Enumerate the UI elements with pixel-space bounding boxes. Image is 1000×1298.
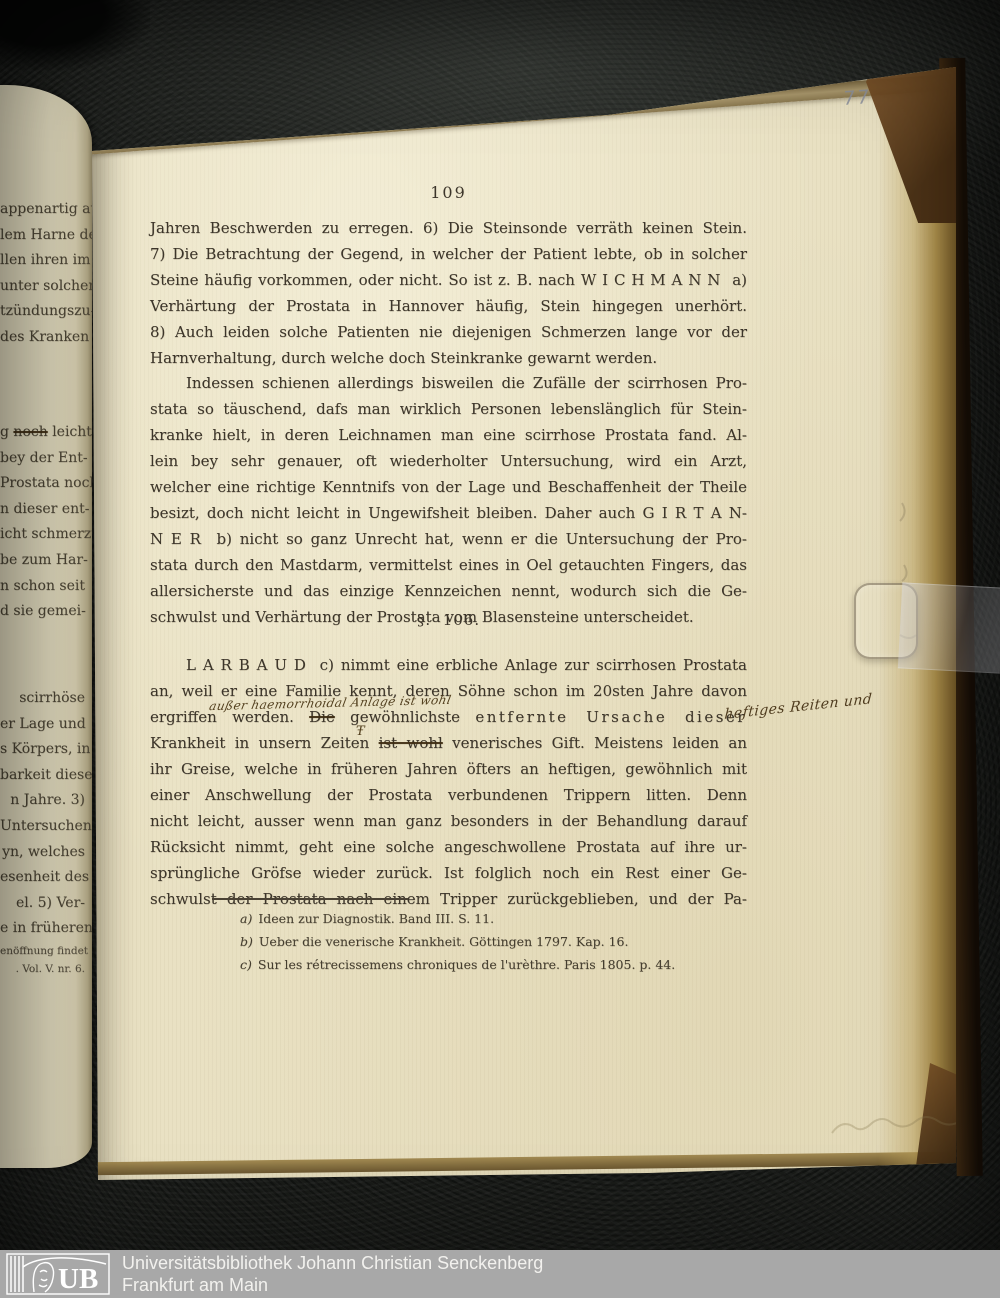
section-heading: §. 106. [150,611,747,629]
text-line: L A R B A U D c) nimmt eine erbliche Anl… [150,652,747,678]
banner-title: Universitätsbibliothek Johann Christian … [122,1252,543,1274]
footnote-marker: b) [240,934,259,949]
text-line: Indessen schienen allerdings bisweilen d… [150,370,747,396]
text-line: N E R b) nicht so ganz Unrecht hat, wenn… [150,526,747,552]
text-line: Steine häufig vorkommen, oder nicht. So … [150,267,747,293]
library-banner: UB Universitätsbibliothek Johann Christi… [0,1250,1000,1298]
line-segment: Krankheit in unsern Zeiten [150,734,369,752]
facing-page-fragment-group: g noch leicht bey der Ent- Prostata noch… [0,420,92,625]
facing-page-footnote-fragment: enöffnung findet . Vol. V. nr. 6. [0,943,92,978]
text-fragment: n Jahre. 3) [0,788,92,814]
text-fragment: n schon seit [0,574,92,600]
page-top-edge [83,72,974,155]
text-fragment: er Lage und [0,712,92,738]
text-fragment: esenheit des [0,865,92,891]
paragraph: Jahren Beschwerden zu erregen. 6) Die St… [150,215,747,371]
text-fragment-with-strike: g noch leicht [0,420,92,446]
text-line-with-annotation: außer haemorrhoidal Anlage ist wohl ergr… [150,704,747,730]
struck-word: ist wohl [379,734,443,752]
facing-page-edge: appenartig auf lem Harne den llen ihren … [0,85,92,1168]
goethe-portrait-icon [33,1263,53,1292]
text-fragment: s Körpers, in [0,737,92,763]
text-line: 7) Die Betrachtung der Gegend, in welche… [150,241,747,267]
ub-logo-icon: UB [6,1253,112,1295]
text-fragment: unter solchen [0,274,92,300]
footnote-rule [212,898,408,900]
text-fragment: lem Harne den [0,223,92,249]
text-fragment: appenartig auf [0,197,92,223]
text-fragment: tzündungszu- [0,299,92,325]
text-fragment: e in früheren [0,916,92,942]
footnote-marker: a) [240,911,258,926]
footnote-text: Sur les rétrecissemens chroniques de l'u… [258,957,675,972]
text-line: ihr Greise, welche in früheren Jahren öf… [150,756,747,782]
text-line: Verhärtung der Prostata in Hannover häuf… [150,293,747,319]
text-fragment: enöffnung findet [0,943,92,961]
line-segment: venerisches Gift. Meistens leiden an [452,734,747,752]
book-scan-photo: appenartig auf lem Harne den llen ihren … [0,0,1000,1298]
fragment-part: leicht [52,424,92,440]
text-fragment: n dieser ent- [0,497,92,523]
paragraph: Indessen schienen allerdings bisweilen d… [150,370,747,630]
text-fragment: d sie gemei- [0,599,92,625]
footnote-text: Ideen zur Diagnostik. Band III. S. 11. [258,911,494,926]
text-fragment: llen ihren im [0,248,92,274]
text-fragment: Prostata noch [0,471,92,497]
text-fragment: icht schmerzt, [0,522,92,548]
text-line: nicht leicht, ausser wenn man ganz beson… [150,808,747,834]
text-fragment: . Vol. V. nr. 6. [0,961,92,979]
text-fragment: Untersuchen [0,814,92,840]
text-line: besizt, doch nicht leicht in Ungewifshei… [150,500,747,526]
text-line: welcher eine richtige Kenntnifs von der … [150,474,747,500]
text-fragment: barkeit dieser [0,763,92,789]
text-line: 8) Auch leiden solche Patienten nie diej… [150,319,747,345]
paragraph: L A R B A U D c) nimmt eine erbliche Anl… [150,652,747,912]
text-line: Jahren Beschwerden zu erregen. 6) Die St… [150,215,747,241]
footnote-marker: c) [240,957,258,972]
pencil-folio-number: 77 [842,86,872,110]
text-line: Harnverhaltung, durch welche doch Steink… [150,345,747,371]
bookmark-tab-sheet [898,582,1000,673]
text-line: sprüngliche Gröfse wieder zurück. Ist fo… [150,860,747,886]
text-fragment: el. 5) Ver- [0,891,92,917]
page-bottom-edge [94,1152,950,1175]
footnote: a)Ideen zur Diagnostik. Band III. S. 11. [212,907,809,930]
footnotes: a)Ideen zur Diagnostik. Band III. S. 11.… [212,907,809,976]
fragment-part: g [0,424,9,440]
text-line: lein bey sehr genauer, oft wiederholter … [150,448,747,474]
text-line: einer Anschwellung der Prostata verbunde… [150,782,747,808]
footnote: b)Ueber die venerische Krankheit. Göttin… [212,930,809,953]
footnote: c)Sur les rétrecissemens chroniques de l… [212,953,809,976]
book-page: 77 109 Jahren Beschwerden zu erregen. 6)… [88,55,956,1180]
insert-mark: Ŧ [356,719,365,745]
struck-word: noch [13,424,47,440]
facing-page-fragment-group: appenartig auf lem Harne den llen ihren … [0,197,92,351]
text-line: allersicherste und das einzige Kennzeich… [150,578,747,604]
text-line: kranke hielt, in deren Leichnamen man ei… [150,422,747,448]
text-line-with-annotation: Ŧ Krankheit in unsern Zeiten ist wohl ve… [150,730,747,756]
text-fragment: bey der Ent- [0,446,92,472]
footnote-text: Ueber die venerische Krankheit. Göttinge… [259,934,629,949]
page-number: 109 [150,183,747,202]
text-fragment: scirrhöse [0,686,92,712]
text-fragment: yn, welches [0,840,92,866]
facing-page-fragment-group: scirrhöse er Lage und s Körpers, in bark… [0,686,92,942]
logo-text: UB [58,1263,98,1295]
text-line: Rücksicht nimmt, geht eine solche angesc… [150,834,747,860]
text-line: stata so täuschend, dafs man wirklich Pe… [150,396,747,422]
text-line: stata durch den Mastdarm, vermittelst ei… [150,552,747,578]
banner-subtitle: Frankfurt am Main [122,1274,543,1296]
text-fragment: be zum Har- [0,548,92,574]
line-segment-emphasized: entfernte Ursache dieser [475,708,747,726]
banner-text: Universitätsbibliothek Johann Christian … [122,1252,543,1296]
book-clamp-shadow [0,0,150,70]
text-fragment: des Kranken [0,325,92,351]
